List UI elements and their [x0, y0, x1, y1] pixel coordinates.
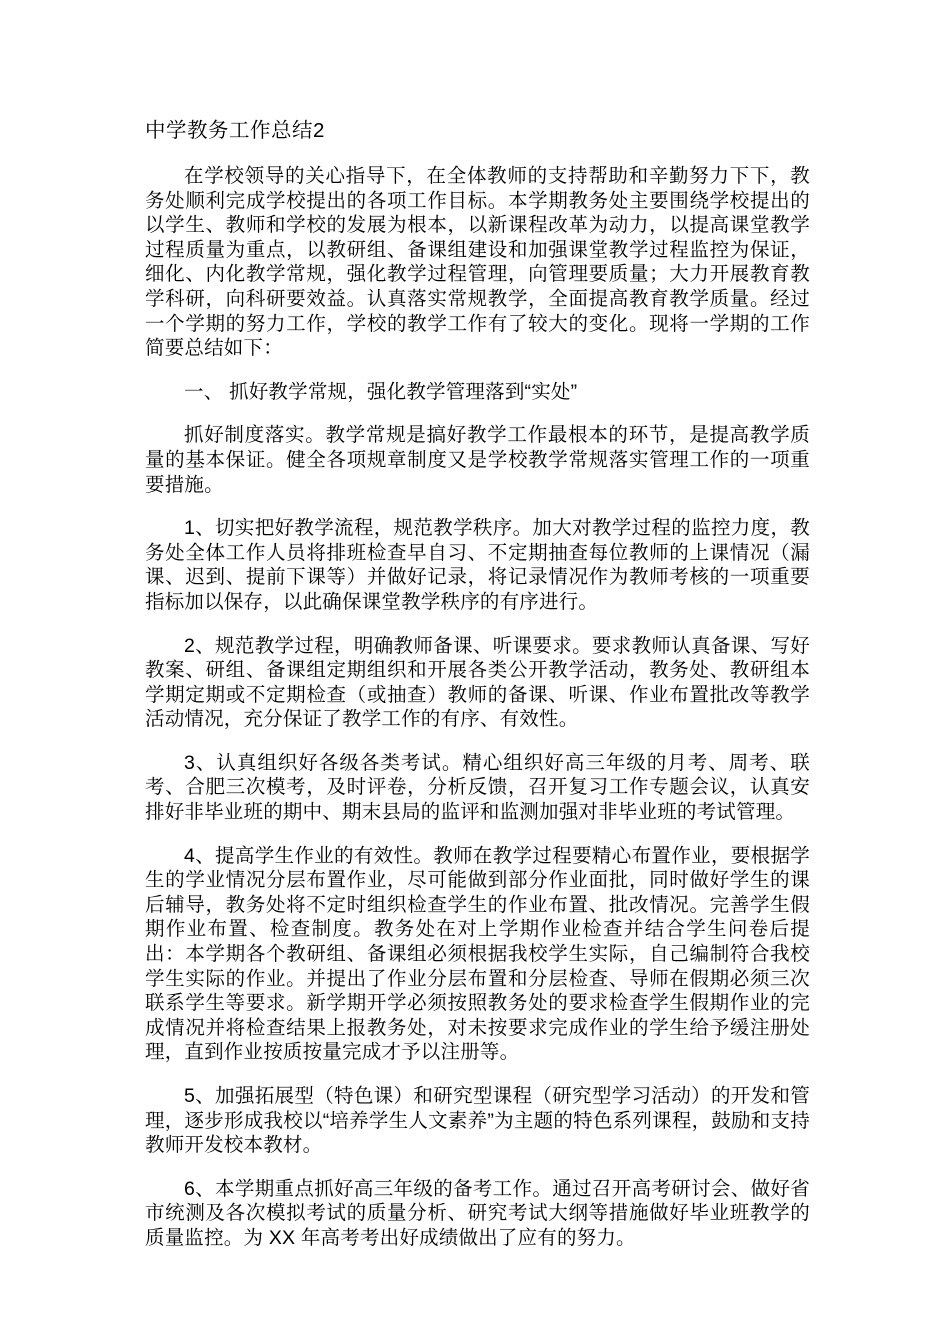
- paragraph-system-implementation: 抓好制度落实。教学常规是搞好教学工作最根本的环节，是提高教学质量的基本保证。健全…: [145, 423, 810, 497]
- paragraph-intro: 在学校领导的关心指导下，在全体教师的支持帮助和辛勤努力下下，教务处顺利完成学校提…: [145, 164, 810, 361]
- paragraph-item-6: 6、本学期重点抓好高三年级的备考工作。通过召开高考研讨会、做好省市统测及各次模拟…: [145, 1177, 810, 1251]
- section-heading-1: 一、 抓好教学常规，强化教学管理落到“实处”: [145, 380, 810, 405]
- paragraph-item-2: 2、规范教学过程，明确教师备课、听课要求。要求教师认真备课、写好教案、研组、备课…: [145, 634, 810, 732]
- paragraph-item-1: 1、切实把好教学流程，规范教学秩序。加大对教学过程的监控力度，教务处全体工作人员…: [145, 516, 810, 614]
- paragraph-item-5: 5、加强拓展型（特色课）和研究型课程（研究型学习活动）的开发和管理，逐步形成我校…: [145, 1084, 810, 1158]
- document-title: 中学教务工作总结2: [145, 118, 810, 144]
- paragraph-item-3: 3、认真组织好各级各类考试。精心组织好高三年级的月考、周考、联考、合肥三次模考，…: [145, 751, 810, 825]
- paragraph-item-4: 4、提高学生作业的有效性。教师在教学过程要精心布置作业，要根据学生的学业情况分层…: [145, 844, 810, 1065]
- document-page: 中学教务工作总结2 在学校领导的关心指导下，在全体教师的支持帮助和辛勤努力下下，…: [0, 0, 950, 1344]
